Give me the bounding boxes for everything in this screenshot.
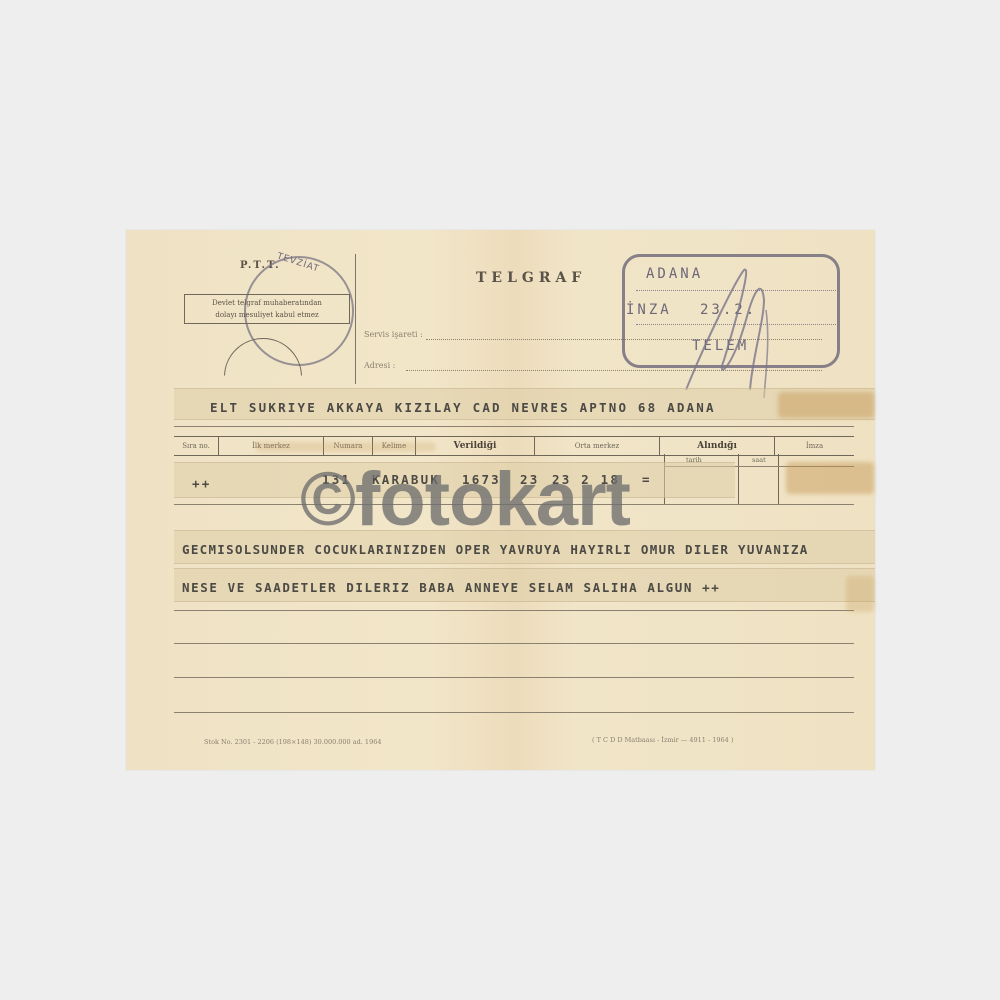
table-divider bbox=[738, 454, 739, 504]
subcol-saat: saat bbox=[752, 456, 766, 464]
blank-line bbox=[174, 643, 854, 644]
document-title: TELGRAF bbox=[476, 270, 586, 286]
blank-line bbox=[174, 712, 854, 713]
stain bbox=[778, 392, 874, 418]
adres-label: Adresi : bbox=[364, 361, 395, 370]
liability-notice-box: Devlet telgraf muhaberatından dolayı mes… bbox=[184, 294, 350, 324]
notice-line-1: Devlet telgraf muhaberatından bbox=[185, 297, 349, 309]
stain bbox=[256, 442, 436, 452]
blank-line bbox=[174, 610, 854, 611]
stamp-inza: İNZA bbox=[626, 302, 672, 318]
header-divider bbox=[355, 254, 356, 384]
col-sira-no: Sıra no. bbox=[174, 437, 219, 455]
row-end: = bbox=[642, 472, 652, 487]
address-typed-text: ELT SUKRIYE AKKAYA KIZILAY CAD NEVRES AP… bbox=[210, 400, 716, 415]
footer-printer: ( T C D D Matbaası - İzmir — 4911 - 1964… bbox=[592, 736, 733, 744]
fotokart-watermark: ©fotokart bbox=[300, 462, 630, 538]
col-alindigi: Alındığı bbox=[660, 437, 775, 455]
message-line-1: GECMISOLSUNDER COCUKLARINIZDEN OPER YAVR… bbox=[182, 542, 809, 557]
footer-stock-no: Stok No. 2301 - 2206 (198×148) 30.000.00… bbox=[204, 738, 381, 746]
address-rule bbox=[174, 426, 854, 427]
blank-line bbox=[174, 677, 854, 678]
row-prefix: ++ bbox=[192, 476, 211, 491]
stain bbox=[846, 576, 874, 612]
notice-line-2: dolayı mesuliyet kabul etmez bbox=[185, 309, 349, 321]
table-divider bbox=[778, 454, 779, 504]
signature-icon bbox=[666, 250, 786, 400]
col-orta-merkez: Orta merkez bbox=[535, 437, 660, 455]
message-line-2: NESE VE SAADETLER DILERIZ BABA ANNEYE SE… bbox=[182, 580, 720, 595]
col-imza: İmza bbox=[775, 437, 854, 455]
servis-isareti-label: Servis işareti : bbox=[364, 330, 423, 339]
stain bbox=[786, 462, 874, 494]
